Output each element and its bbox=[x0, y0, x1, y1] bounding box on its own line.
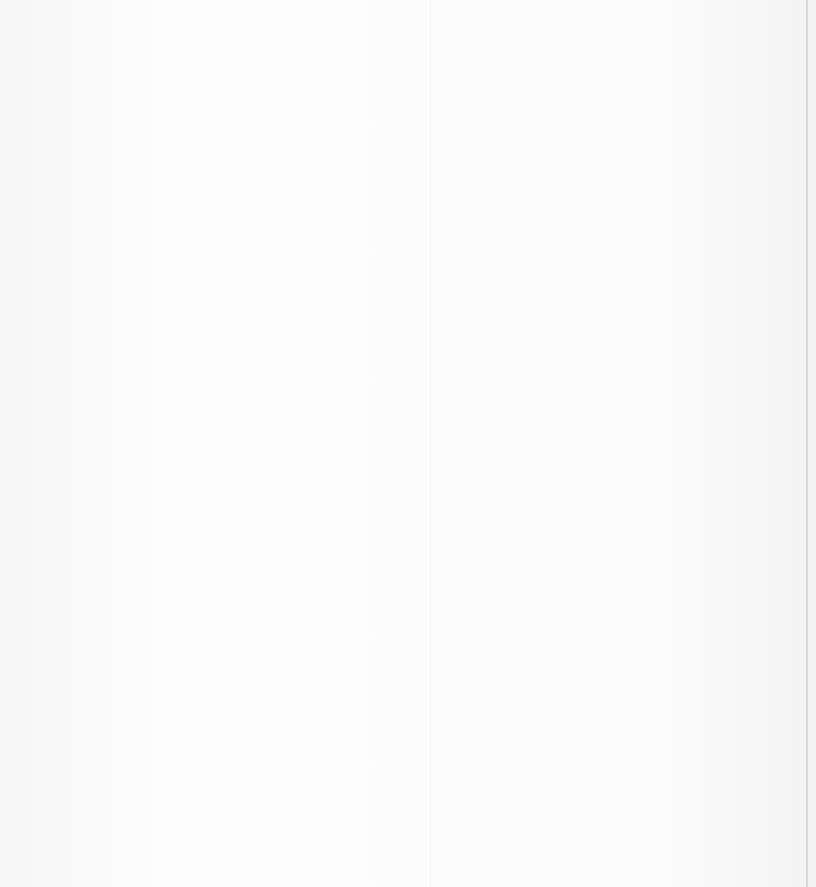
page-edge bbox=[806, 0, 808, 887]
scanned-letter-page bbox=[0, 0, 816, 887]
page-fold-line bbox=[430, 0, 431, 887]
